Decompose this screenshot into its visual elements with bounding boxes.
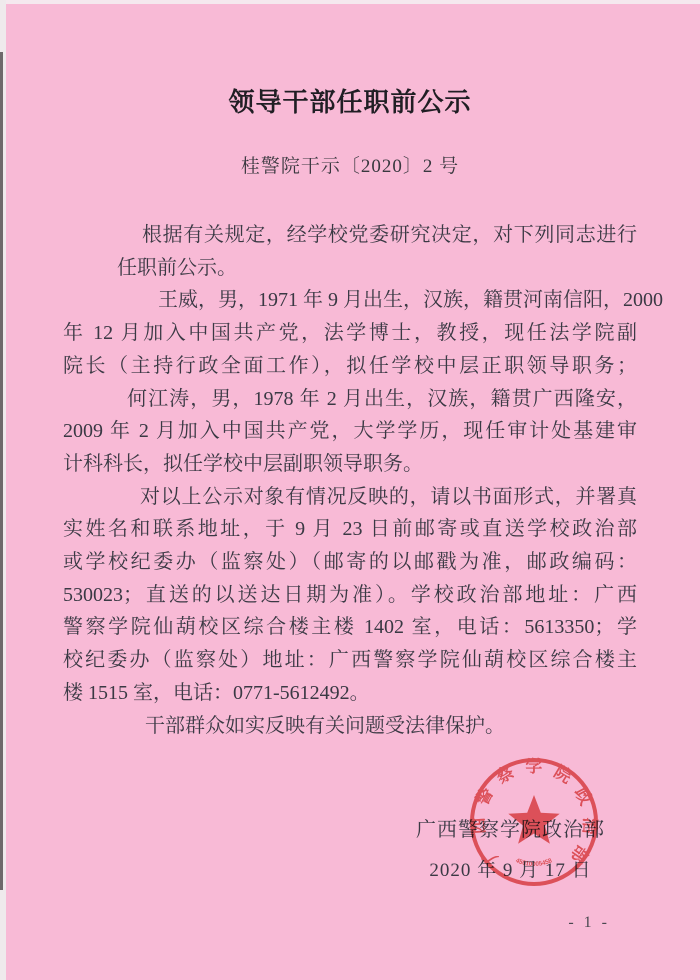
body-line: 实姓名和联系地址，于 9 月 23 日前邮寄或直送学校政治部 bbox=[63, 513, 637, 546]
body-line: 任职前公示。 bbox=[63, 252, 637, 285]
body-line: 校纪委办（监察处）地址：广西警察学院仙葫校区综合楼主 bbox=[63, 644, 637, 677]
page-number: - 1 - bbox=[568, 914, 610, 932]
body-line: 王威，男，1971 年 9 月出生，汉族，籍贯河南信阳，2000 bbox=[63, 284, 637, 317]
body-line: 何江涛，男，1978 年 2 月出生，汉族，籍贯广西隆安， bbox=[63, 383, 637, 416]
body-line: 计科科长，拟任学校中层副职领导职务。 bbox=[63, 448, 637, 481]
body-line: 楼 1515 室，电话：0771-5612492。 bbox=[63, 677, 637, 710]
scan-edge-dark bbox=[0, 52, 3, 890]
body-line: 对以上公示对象有情况反映的，请以书面形式，并署真 bbox=[63, 481, 637, 514]
scan-edge-top bbox=[0, 0, 700, 4]
signature-date: 2020 年 9 月 17 日 bbox=[429, 855, 591, 882]
signature-block: 广西警察学院政治部 2020 年 9 月 17 日 bbox=[416, 813, 605, 882]
document-title: 领导干部任职前公示 bbox=[63, 82, 637, 119]
body-line: 2009 年 2 月加入中国共产党，大学学历，现任审计处基建审 bbox=[63, 415, 637, 448]
body-line: 或学校纪委办（监察处）（邮寄的以邮戳为准，邮政编码： bbox=[63, 546, 637, 579]
document-body: 根据有关规定，经学校党委研究决定，对下列同志进行任职前公示。王威，男，1971 … bbox=[63, 219, 637, 742]
body-line: 根据有关规定，经学校党委研究决定，对下列同志进行 bbox=[63, 219, 637, 252]
body-line: 警察学院仙葫校区综合楼主楼 1402 室，电话：5613350；学 bbox=[63, 611, 637, 644]
body-line: 年 12 月加入中国共产党，法学博士，教授，现任法学院副 bbox=[63, 317, 637, 350]
body-line: 院长（主持行政全面工作），拟任学校中层正职领导职务； bbox=[63, 350, 637, 383]
signature-organization: 广西警察学院政治部 bbox=[416, 813, 605, 842]
document-sheet: 领导干部任职前公示 桂警院干示〔2020〕2 号 根据有关规定，经学校党委研究决… bbox=[0, 0, 700, 980]
document-number: 桂警院干示〔2020〕2 号 bbox=[63, 151, 637, 178]
body-line: 530023；直送的以送达日期为准）。学校政治部地址：广西 bbox=[63, 579, 637, 612]
body-line: 干部群众如实反映有关问题受法律保护。 bbox=[63, 710, 637, 743]
